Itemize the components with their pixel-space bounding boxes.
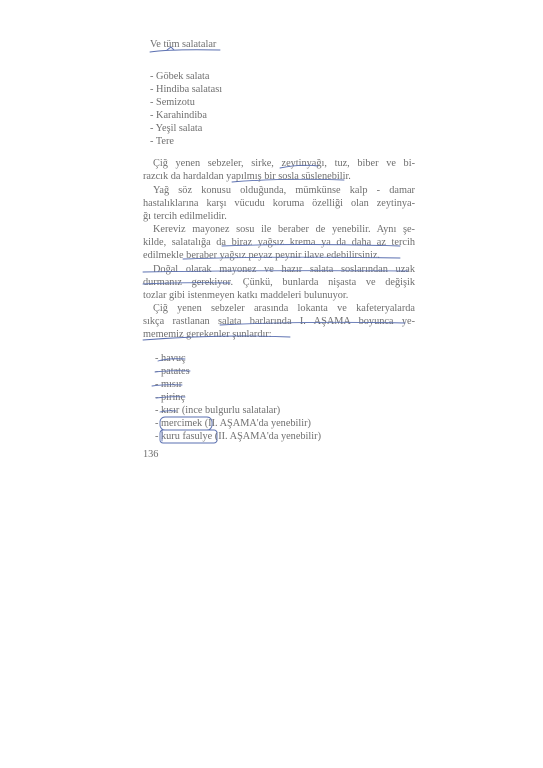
list-item: - kısır (ince bulgurlu salatalar): [155, 404, 280, 417]
list-item: - Göbek salata: [150, 70, 209, 83]
paragraph-line: sıkça rastlanan salata barlarında I. AŞA…: [143, 315, 415, 328]
list-item: - mercimek (II. AŞAMA'da yenebilir): [155, 417, 311, 430]
list-item: - Semizotu: [150, 96, 195, 109]
paragraph-line: Doğal olarak mayonez ve hazır salata sos…: [143, 263, 415, 276]
paragraph-line: hastalıklarına karşı vücudu koruma özell…: [143, 197, 415, 210]
paragraph-line: kilde, salatalığa da biraz yağsız krema …: [143, 236, 415, 249]
page-number: 136: [143, 448, 158, 461]
paragraph-line: tozlar gibi istenmeyen katkı maddeleri b…: [143, 289, 348, 302]
paragraph-line: Kereviz mayonez sosu ile beraber de yene…: [143, 223, 415, 236]
list-item: - Yeşil salata: [150, 122, 202, 135]
section-heading: Ve tüm salatalar: [150, 38, 216, 51]
paragraph-line: Yağ söz konusu olduğunda, mümkünse kalp …: [143, 184, 415, 197]
list-item: - Karahindiba: [150, 109, 207, 122]
paragraph-line: edilmekle beraber yağsız peyaz peynir il…: [143, 249, 380, 262]
paragraph-line: mememiz gerekenler şunlardır:: [143, 328, 272, 341]
list-item: - Tere: [150, 135, 174, 148]
list-item: - havuç: [155, 352, 186, 365]
book-page: Ve tüm salatalar - Göbek salata - Hindib…: [0, 0, 543, 768]
list-item: - mısır: [155, 378, 182, 391]
paragraph-line: Çiğ yenen sebzeler, sirke, zeytinyağı, t…: [143, 157, 415, 170]
paragraph-line: ğı tercih edilmelidir.: [143, 210, 227, 223]
list-item: - pirinç: [155, 391, 185, 404]
pen-annotations: [0, 0, 543, 768]
paragraph-line: durmanız gerekiyor. Çünkü, bunlarda nişa…: [143, 276, 415, 289]
list-item: - Hindiba salatası: [150, 83, 222, 96]
list-item: - patates: [155, 365, 190, 378]
paragraph-line: razcık da hardaldan yapılmış bir sosla s…: [143, 170, 351, 183]
list-item: - kuru fasulye (II. AŞAMA'da yenebilir): [155, 430, 321, 443]
paragraph-line: Çiğ yenen sebzeler arasında lokanta ve k…: [143, 302, 415, 315]
